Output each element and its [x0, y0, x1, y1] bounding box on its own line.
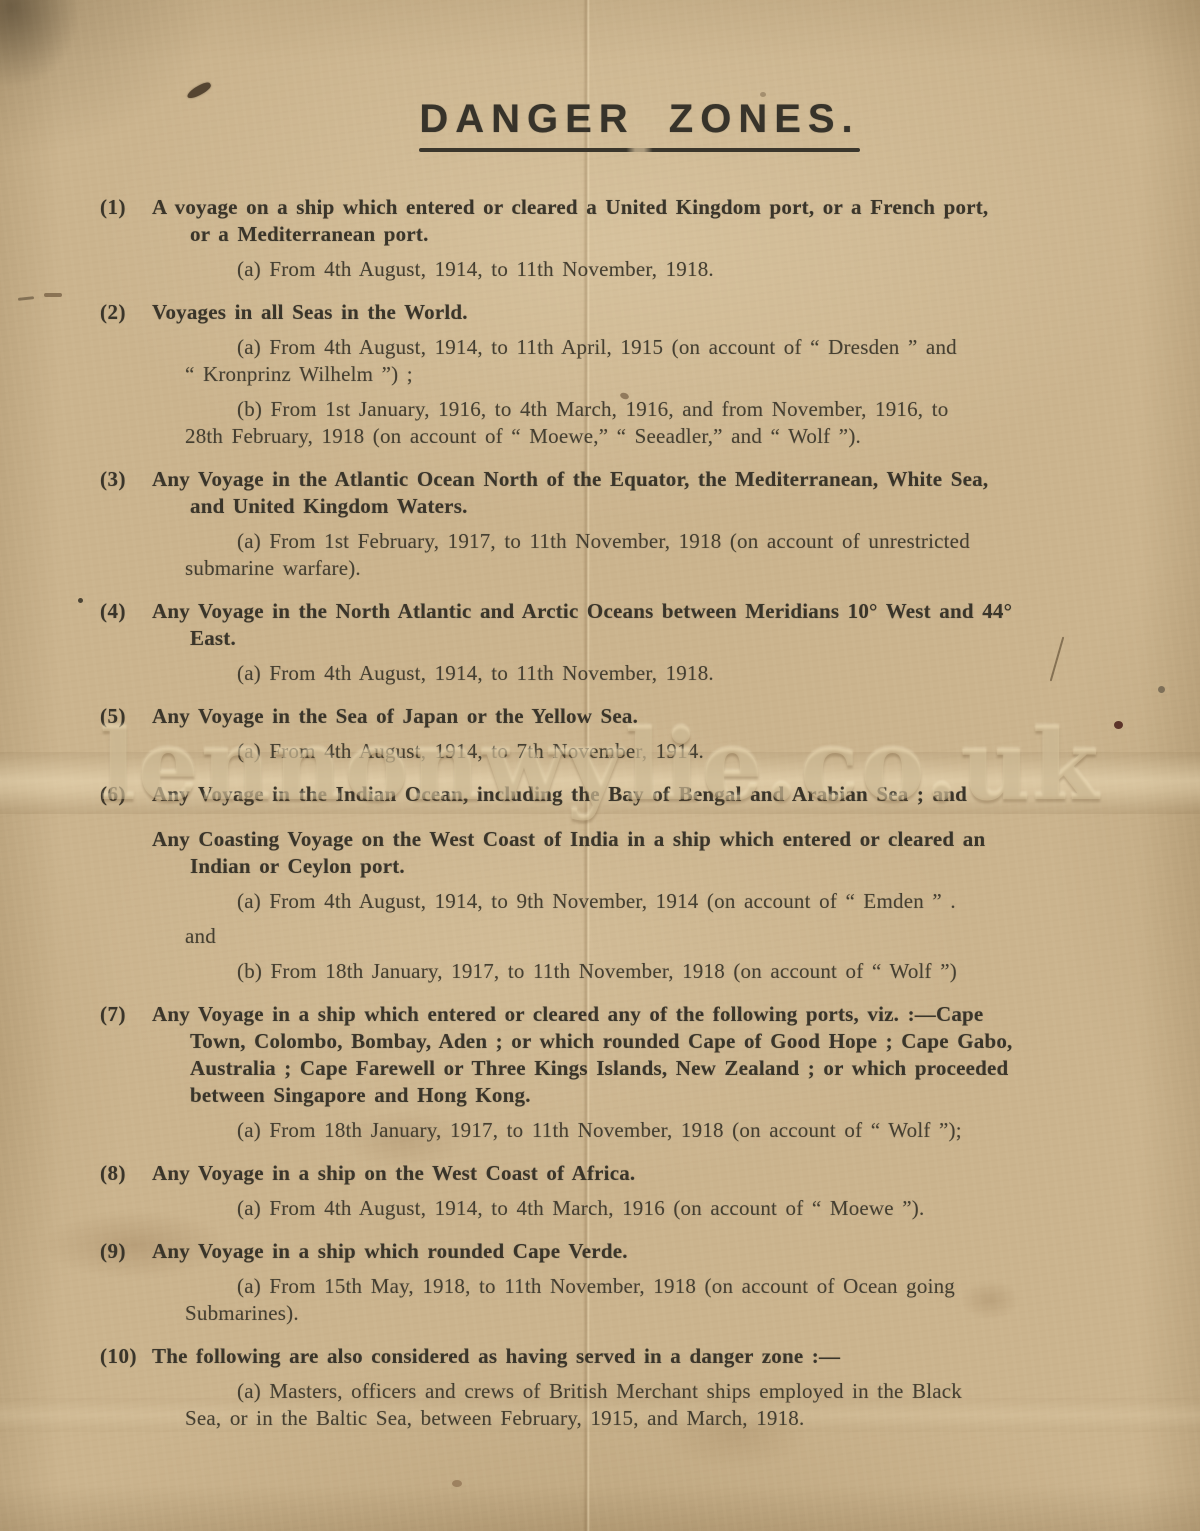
text-line: (a) From 1st February, 1917, to 11th Nov… [237, 529, 970, 553]
list-item: (7)Any Voyage in a ship which entered or… [100, 1001, 1155, 1144]
text-line: Any Voyage in a ship which rounded Cape … [152, 1239, 628, 1263]
list-item: (5)Any Voyage in the Sea of Japan or the… [100, 703, 1155, 765]
item-entry: (b) From 1st January, 1916, to 4th March… [152, 396, 1153, 450]
text-line: (a) From 15th May, 1918, to 11th Novembe… [237, 1274, 955, 1298]
title-block: DANGER ZONES. [419, 98, 859, 152]
item-entry: (a) From 4th August, 1914, to 4th March,… [152, 1195, 1153, 1222]
text-line: Any Voyage in a ship on the West Coast o… [152, 1161, 635, 1185]
item-content: Any Voyage in the Sea of Japan or the Ye… [152, 703, 1155, 765]
text-line: (b) From 1st January, 1916, to 4th March… [237, 397, 948, 421]
text-line: (a) From 4th August, 1914, to 11th Novem… [237, 257, 714, 281]
item-number: (7) [100, 1001, 152, 1144]
text-line: Australia ; Cape Farewell or Three Kings… [190, 1056, 1008, 1080]
text-line: Voyages in all Seas in the World. [152, 300, 468, 324]
item-entry: (b) From 18th January, 1917, to 11th Nov… [152, 958, 1153, 985]
list-item: (8)Any Voyage in a ship on the West Coas… [100, 1160, 1155, 1222]
text-line: 28th February, 1918 (on account of “ Moe… [185, 424, 861, 448]
paper-speck [452, 1480, 462, 1487]
text-line: Sea, or in the Baltic Sea, between Febru… [185, 1406, 804, 1430]
text-line: (a) From 4th August, 1914, to 9th Novemb… [237, 889, 956, 913]
item-content: Any Voyage in a ship which entered or cl… [152, 1001, 1155, 1144]
text-line: and [185, 924, 216, 948]
item-entry: (a) From 4th August, 1914, to 11th April… [152, 334, 1153, 388]
item-number: (9) [100, 1238, 152, 1327]
text-line: (a) From 4th August, 1914, to 4th March,… [237, 1196, 924, 1220]
item-number: (1) [100, 194, 152, 283]
item-heading: Any Coasting Voyage on the West Coast of… [152, 826, 1153, 880]
item-content: Any Voyage in the North Atlantic and Arc… [152, 598, 1155, 687]
item-entry: (a) From 4th August, 1914, to 7th Novemb… [152, 738, 1153, 765]
text-line: Any Voyage in the Sea of Japan or the Ye… [152, 704, 638, 728]
item-heading: The following are also considered as hav… [152, 1343, 1153, 1370]
text-line: (a) Masters, officers and crews of Briti… [237, 1379, 962, 1403]
text-line: or a Mediterranean port. [190, 222, 429, 246]
item-number: (10) [100, 1343, 152, 1432]
item-number: (8) [100, 1160, 152, 1222]
item-entry: (a) From 1st February, 1917, to 11th Nov… [152, 528, 1153, 582]
item-number: (3) [100, 466, 152, 582]
list-item: (2)Voyages in all Seas in the World.(a) … [100, 299, 1155, 450]
item-content: Any Voyage in a ship on the West Coast o… [152, 1160, 1155, 1222]
text-line: (a) From 4th August, 1914, to 11th April… [237, 335, 957, 359]
list-item: (6)Any Voyage in the Indian Ocean, inclu… [100, 781, 1155, 985]
item-content: Any Voyage in the Atlantic Ocean North o… [152, 466, 1155, 582]
item-heading: Any Voyage in a ship which entered or cl… [152, 1001, 1153, 1109]
item-heading: A voyage on a ship which entered or clea… [152, 194, 1153, 248]
text-line: (a) From 18th January, 1917, to 11th Nov… [237, 1118, 962, 1142]
text-line: (a) From 4th August, 1914, to 7th Novemb… [237, 739, 704, 763]
text-line: between Singapore and Hong Kong. [190, 1083, 531, 1107]
item-entry: and [152, 923, 1153, 950]
document-page: DANGER ZONES. (1)A voyage on a ship whic… [0, 0, 1200, 1432]
text-line: (b) From 18th January, 1917, to 11th Nov… [237, 959, 957, 983]
list-item: (10)The following are also considered as… [100, 1343, 1155, 1432]
text-line: Any Voyage in the Indian Ocean, includin… [152, 782, 967, 806]
list-item: (9)Any Voyage in a ship which rounded Ca… [100, 1238, 1155, 1327]
item-entry: (a) From 15th May, 1918, to 11th Novembe… [152, 1273, 1153, 1327]
item-entry: (a) From 4th August, 1914, to 11th Novem… [152, 660, 1153, 687]
item-heading: Any Voyage in a ship which rounded Cape … [152, 1238, 1153, 1265]
item-heading: Any Voyage in the Sea of Japan or the Ye… [152, 703, 1153, 730]
item-entry: (a) From 18th January, 1917, to 11th Nov… [152, 1117, 1153, 1144]
item-number: (2) [100, 299, 152, 450]
list-item: (3)Any Voyage in the Atlantic Ocean Nort… [100, 466, 1155, 582]
text-line: A voyage on a ship which entered or clea… [152, 195, 988, 219]
text-line: (a) From 4th August, 1914, to 11th Novem… [237, 661, 714, 685]
item-heading: Any Voyage in the Atlantic Ocean North o… [152, 466, 1153, 520]
text-line: Any Voyage in the Atlantic Ocean North o… [152, 467, 988, 491]
text-line: Any Voyage in a ship which entered or cl… [152, 1002, 983, 1026]
text-line: Town, Colombo, Bombay, Aden ; or which r… [190, 1029, 1012, 1053]
title-underline [419, 148, 859, 152]
list-item: (4)Any Voyage in the North Atlantic and … [100, 598, 1155, 687]
document-title: DANGER ZONES. [419, 98, 859, 140]
item-heading: Voyages in all Seas in the World. [152, 299, 1153, 326]
item-content: Voyages in all Seas in the World.(a) Fro… [152, 299, 1155, 450]
item-entry: (a) From 4th August, 1914, to 11th Novem… [152, 256, 1153, 283]
item-heading: Any Voyage in the Indian Ocean, includin… [152, 781, 1153, 808]
text-line: Any Coasting Voyage on the West Coast of… [152, 827, 985, 851]
item-heading: Any Voyage in the North Atlantic and Arc… [152, 598, 1153, 652]
item-number: (4) [100, 598, 152, 687]
text-line: The following are also considered as hav… [152, 1344, 840, 1368]
item-heading: Any Voyage in a ship on the West Coast o… [152, 1160, 1153, 1187]
text-line: Indian or Ceylon port. [190, 854, 405, 878]
list-item: (1)A voyage on a ship which entered or c… [100, 194, 1155, 283]
item-number: (6) [100, 781, 152, 985]
text-line: “ Kronprinz Wilhelm ”) ; [185, 362, 413, 386]
item-content: The following are also considered as hav… [152, 1343, 1155, 1432]
text-line: Submarines). [185, 1301, 299, 1325]
item-content: Any Voyage in a ship which rounded Cape … [152, 1238, 1155, 1327]
text-line: and United Kingdom Waters. [190, 494, 468, 518]
item-entry: (a) From 4th August, 1914, to 9th Novemb… [152, 888, 1153, 915]
item-content: Any Voyage in the Indian Ocean, includin… [152, 781, 1155, 985]
text-line: submarine warfare). [185, 556, 361, 580]
item-content: A voyage on a ship which entered or clea… [152, 194, 1155, 283]
text-line: East. [190, 626, 236, 650]
danger-zones-list: (1)A voyage on a ship which entered or c… [100, 194, 1155, 1432]
item-number: (5) [100, 703, 152, 765]
item-entry: (a) Masters, officers and crews of Briti… [152, 1378, 1153, 1432]
text-line: Any Voyage in the North Atlantic and Arc… [152, 599, 1012, 623]
